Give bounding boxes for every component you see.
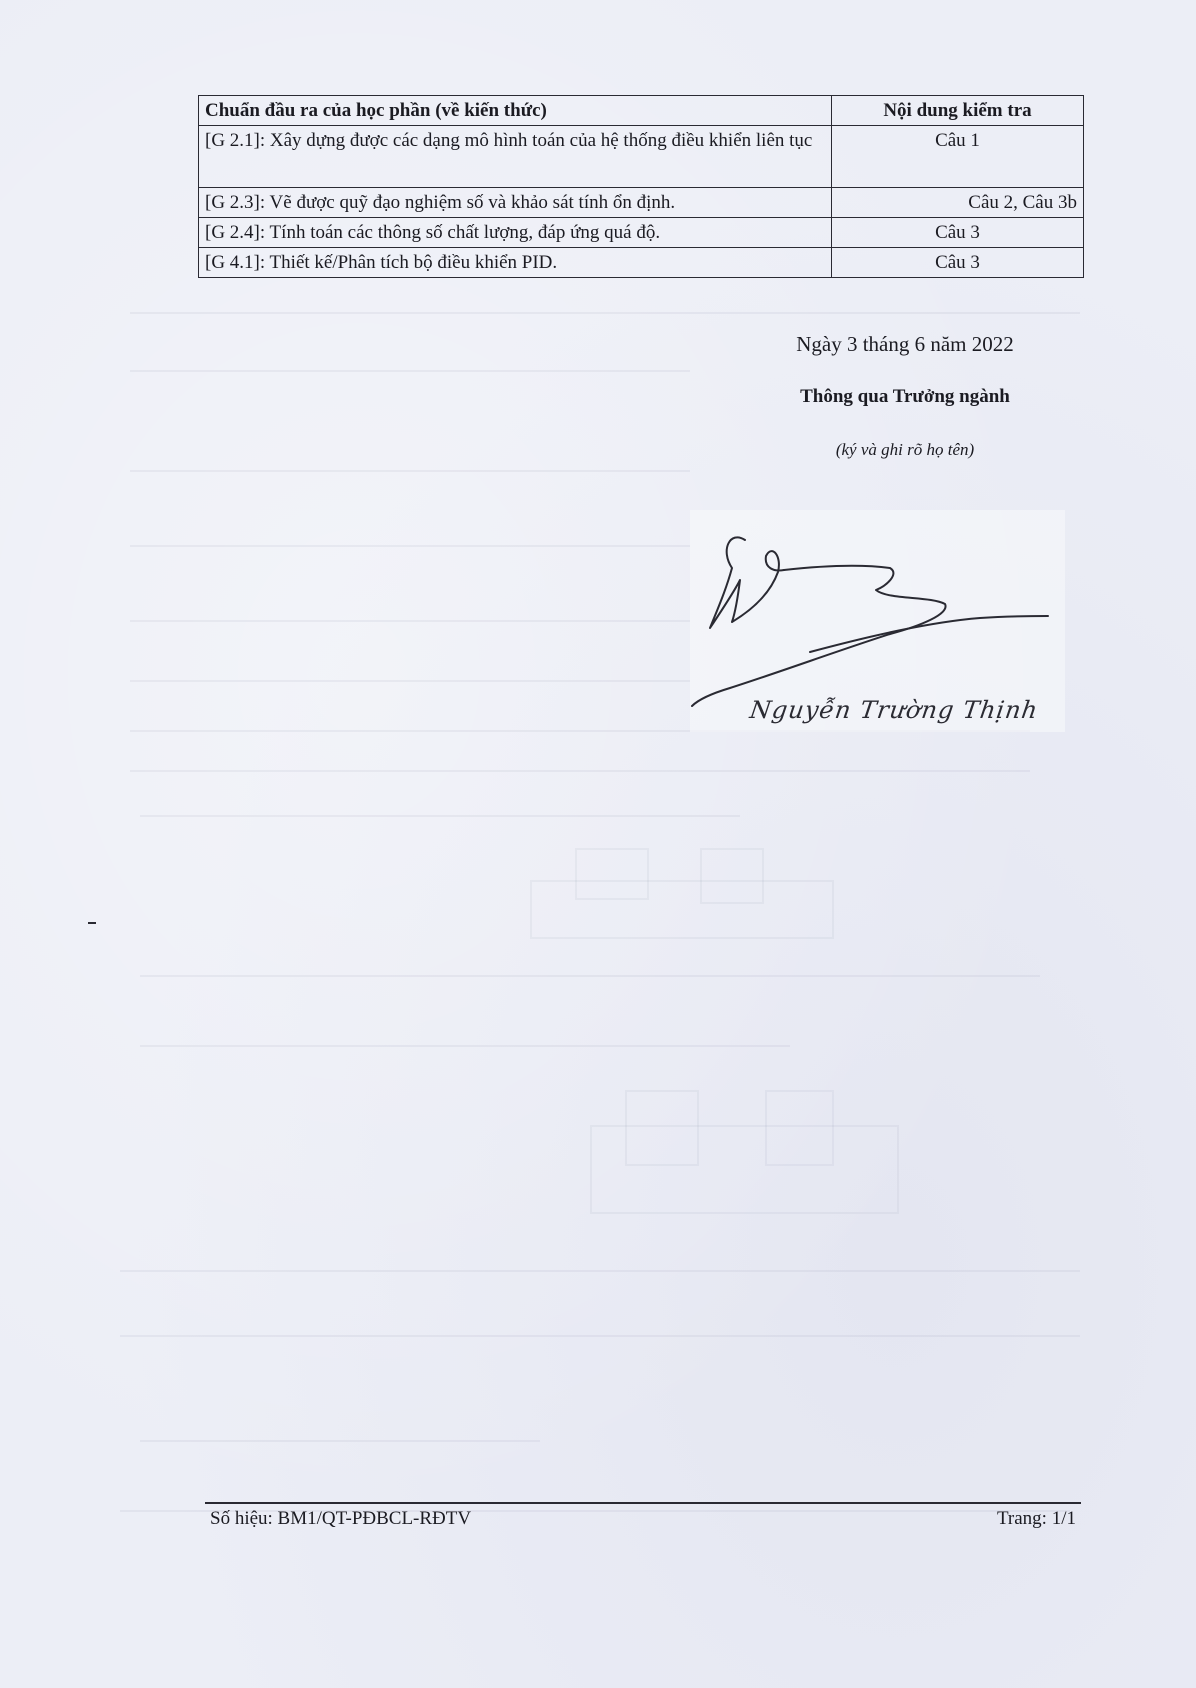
content-cell: Câu 2, Câu 3b [832,188,1084,218]
outcome-cell: [G 2.3]: Vẽ được quỹ đạo nghiệm số và kh… [199,188,832,218]
show-through-line [130,620,690,622]
signature-handwritten-name: Nguyễn Trường Thịnh [748,696,1062,724]
show-through-block [530,880,834,939]
footer-divider [205,1502,1081,1504]
footer-page-number: Trang: 1/1 [997,1508,1076,1530]
show-through-line [130,680,690,682]
content-cell: Câu 3 [832,218,1084,248]
show-through-line [140,815,740,817]
table-row: [G 4.1]: Thiết kế/Phân tích bộ điều khiể… [199,248,1084,278]
outcome-cell: [G 2.1]: Xây dựng được các dạng mô hình … [199,126,832,188]
show-through-line [140,1440,540,1442]
content-cell: Câu 1 [832,126,1084,188]
show-through-line [140,975,1040,977]
approval-date: Ngày 3 tháng 6 năm 2022 [740,332,1070,357]
show-through-line [120,1335,1080,1337]
header-exam-content: Nội dung kiểm tra [832,96,1084,126]
stray-mark [88,922,96,924]
table-row: [G 2.1]: Xây dựng được các dạng mô hình … [199,126,1084,188]
show-through-line [130,770,1030,772]
header-outcome: Chuẩn đầu ra của học phần (về kiến thức) [199,96,832,126]
show-through-line [130,370,690,372]
table-header-row: Chuẩn đầu ra của học phần (về kiến thức)… [199,96,1084,126]
table-row: [G 2.3]: Vẽ được quỹ đạo nghiệm số và kh… [199,188,1084,218]
outcome-cell: [G 4.1]: Thiết kế/Phân tích bộ điều khiể… [199,248,832,278]
show-through-line [130,470,690,472]
approval-note: (ký và ghi rõ họ tên) [740,440,1070,460]
show-through-line [130,545,690,547]
approval-title: Thông qua Trưởng ngành [740,386,1070,408]
footer-document-code: Số hiệu: BM1/QT-PĐBCL-RĐTV [210,1508,471,1530]
show-through-line [120,1270,1080,1272]
show-through-block [590,1125,899,1214]
learning-outcomes-table: Chuẩn đầu ra của học phần (về kiến thức)… [198,95,1084,278]
content-cell: Câu 3 [832,248,1084,278]
outcome-cell: [G 2.4]: Tính toán các thông số chất lượ… [199,218,832,248]
signature: Nguyễn Trường Thịnh [690,510,1065,732]
show-through-line [130,312,1080,314]
show-through-line [140,1045,790,1047]
table-row: [G 2.4]: Tính toán các thông số chất lượ… [199,218,1084,248]
